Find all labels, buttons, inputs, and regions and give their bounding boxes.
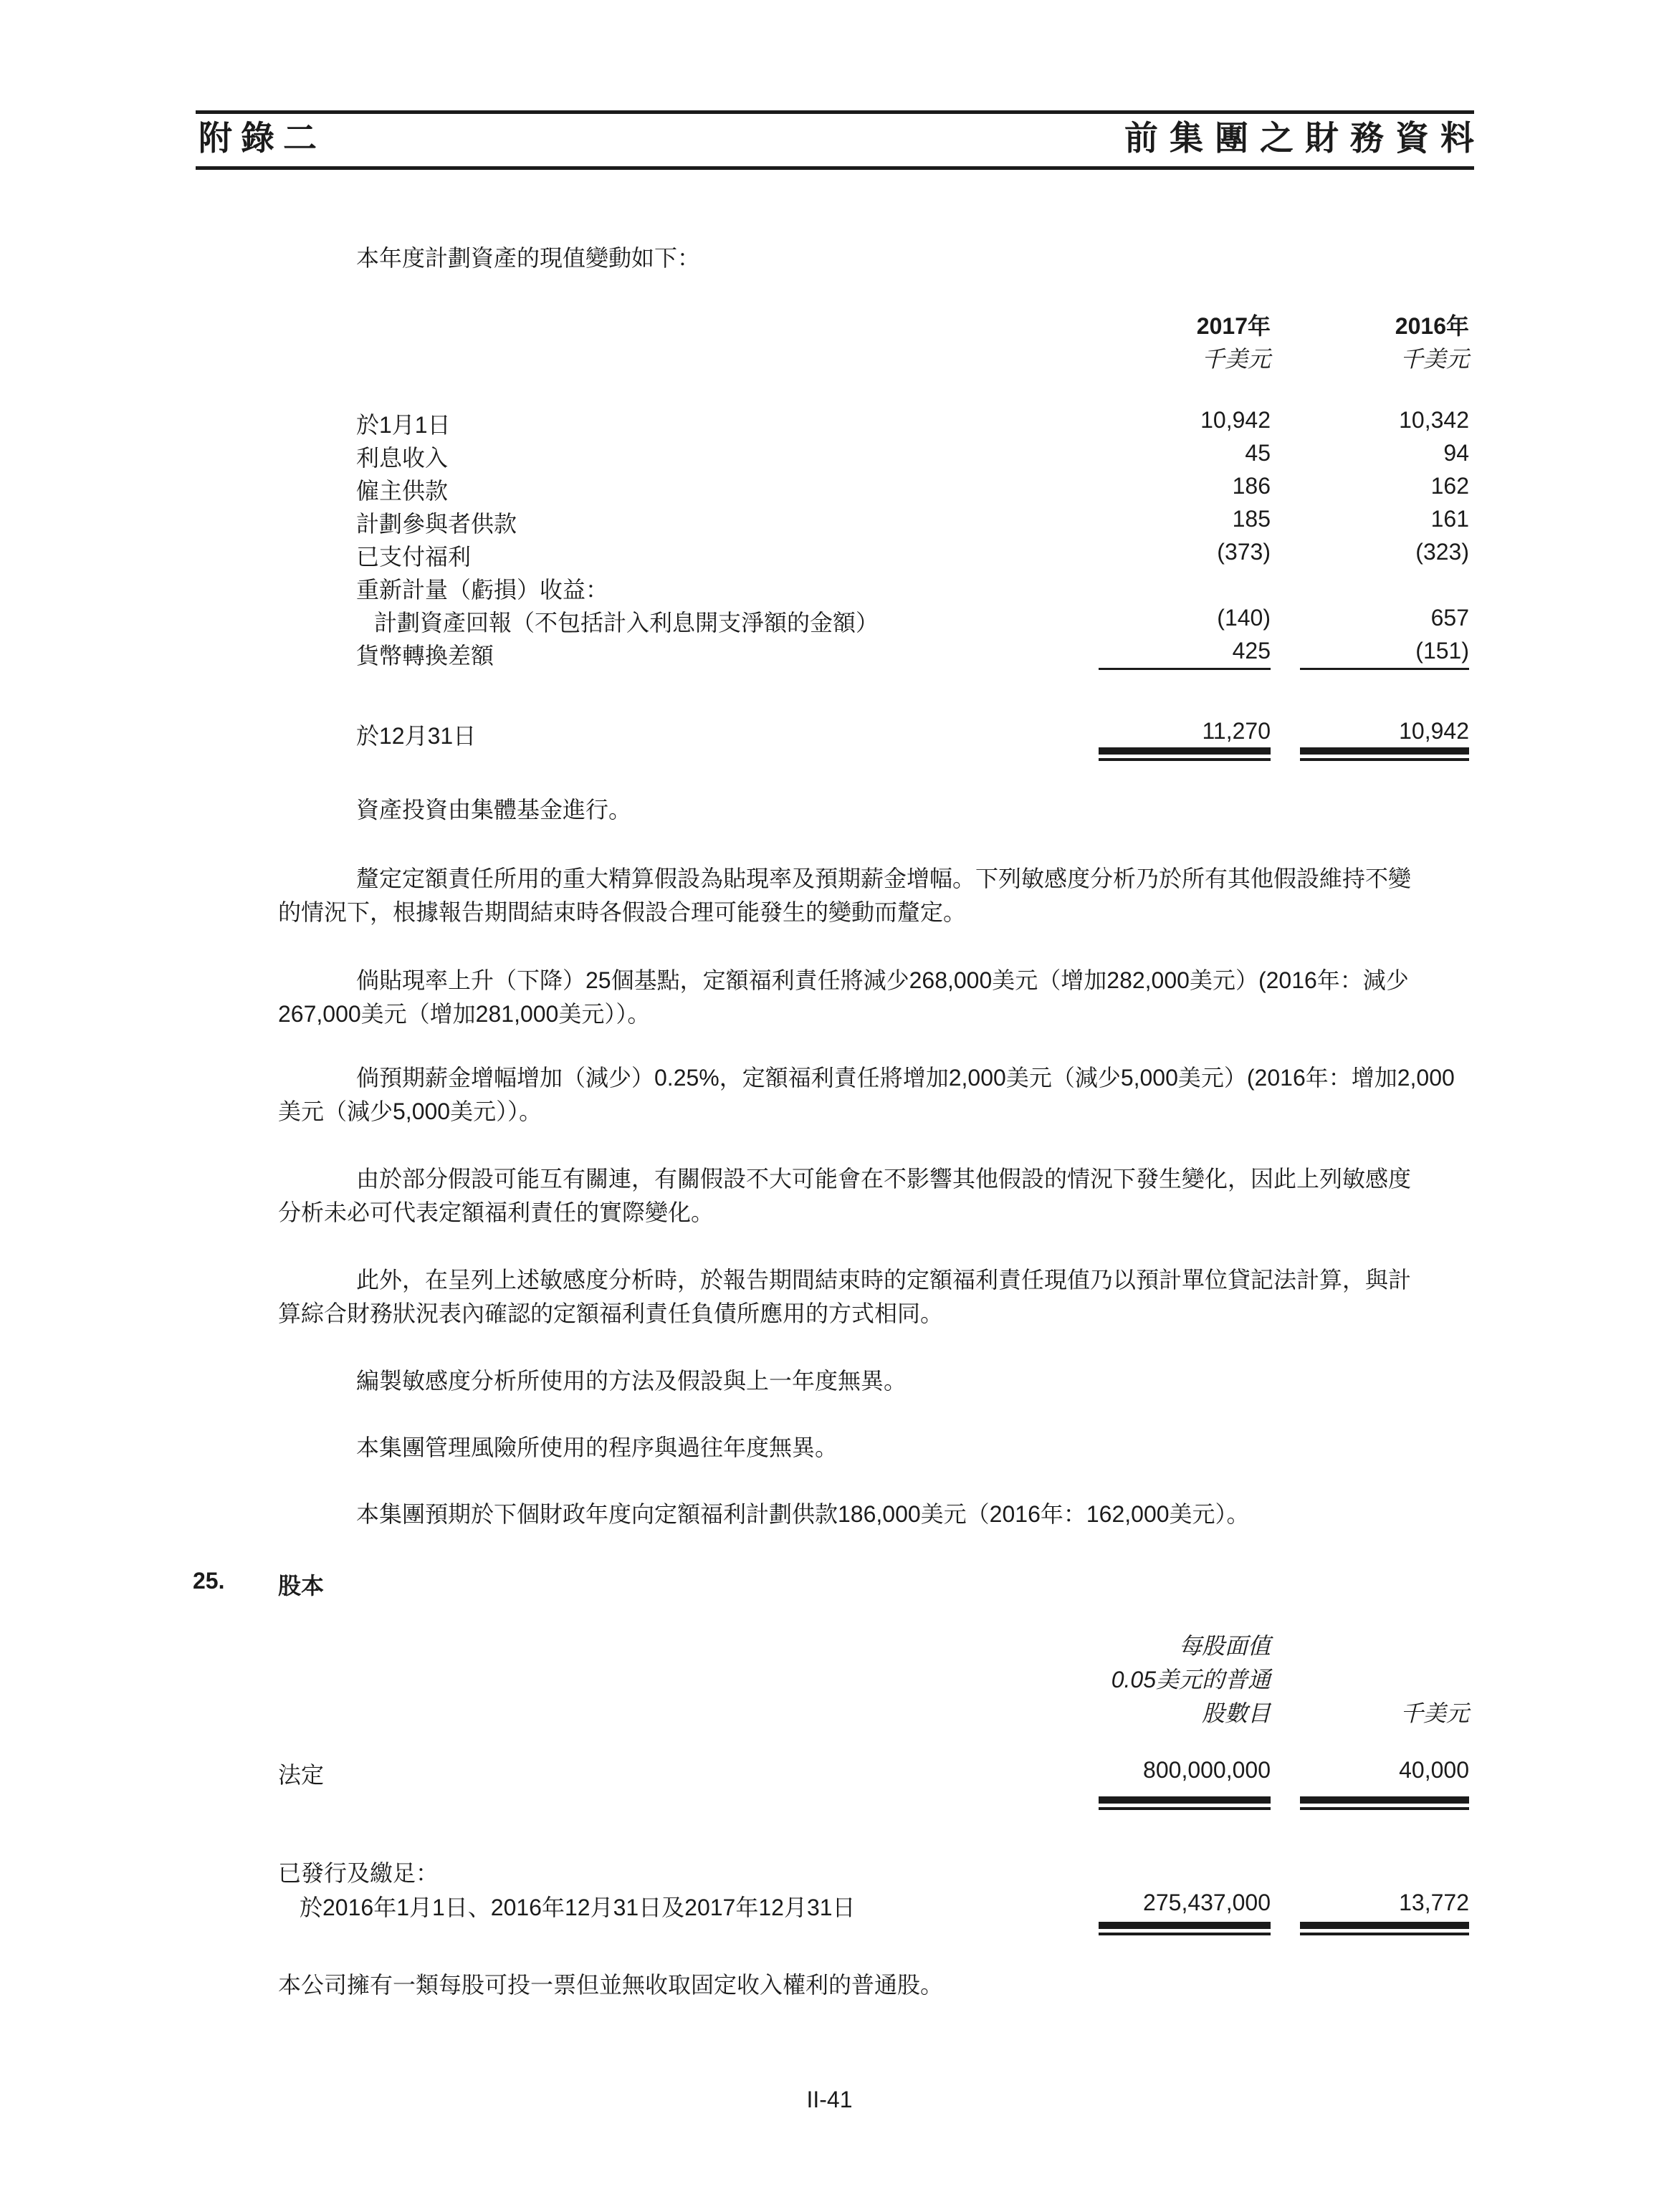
issued-heading-row: 已發行及繳足：: [0, 1855, 1659, 1888]
paragraph: 此外，在呈列上述敏感度分析時，於報告期間結束時的定額福利責任現值乃以預計單位貸記…: [278, 1262, 1474, 1329]
share-table-header-line: 每股面值: [0, 1628, 1659, 1661]
table-row: 於1月1日 10,942 10,342: [0, 407, 1659, 440]
paragraph: 倘貼現率上升（下降）25個基點，定額福利責任將減少268,000美元（增加282…: [278, 962, 1474, 1030]
value-2017: 425: [1233, 638, 1271, 664]
authorized-double-rule-thick-col1: [1099, 1796, 1271, 1804]
value-2016: 657: [1431, 605, 1469, 631]
row-label: 於2016年1月1日、2016年12月31日及2017年12月31日: [300, 1890, 856, 1923]
subtotal-rule-2017: [1099, 668, 1271, 670]
table-row: 計劃參與者供款 185 161: [0, 506, 1659, 539]
share-col1-header-line: 0.05美元的普通: [1111, 1662, 1271, 1695]
table-row: 僱主供款 186 162: [0, 473, 1659, 506]
value-2017: (140): [1217, 605, 1271, 631]
column-unit-2016: 千美元: [1400, 341, 1469, 374]
total-double-rule-thin-2017: [1099, 758, 1271, 761]
row-label: 於1月1日: [356, 407, 451, 440]
intro-text: 本年度計劃資產的現值變動如下：: [356, 244, 700, 272]
subtotal-rule-2016: [1300, 668, 1469, 670]
footer-page-number: II-41: [0, 2087, 1659, 2113]
table-row: 利息收入 45 94: [0, 440, 1659, 473]
paragraph-line: 算綜合財務狀況表內確認的定額福利責任負債所應用的方式相同。: [278, 1296, 1474, 1329]
authorized-row: 法定 800,000,000 40,000: [0, 1757, 1659, 1790]
header-bottom-rule: [196, 166, 1474, 170]
row-label: 僱主供款: [356, 473, 448, 506]
value-2016: (323): [1415, 539, 1469, 565]
share-col1-header-line: 每股面值: [1179, 1628, 1271, 1661]
issued-heading: 已發行及繳足：: [278, 1855, 439, 1888]
paragraph-line: 倘預期薪金增幅增加（減少）0.25%，定額福利責任將增加2,000美元（減少5,…: [278, 1060, 1474, 1093]
note-after-table: 資產投資由集體基金進行。: [356, 795, 631, 824]
share-col2-header: 千美元: [1400, 1695, 1469, 1728]
paragraph-line: 分析未必可代表定額福利責任的實際變化。: [278, 1194, 1474, 1228]
value-2017: 10,942: [1200, 407, 1271, 434]
paragraph-line: 由於部分假設可能互有關連，有關假設不大可能會在不影響其他假設的情況下發生變化，因…: [278, 1161, 1474, 1194]
table-row: 計劃資產回報（不包括計入利息開支淨額的金額） (140) 657: [0, 605, 1659, 638]
total-row-label: 於12月31日: [356, 718, 476, 751]
row-label: 已支付福利: [356, 539, 471, 572]
paragraph-line: 本集團管理風險所使用的程序與過往年度無異。: [278, 1430, 1474, 1463]
total-double-rule-thick-2016: [1300, 747, 1469, 755]
issued-amount: 13,772: [1399, 1890, 1469, 1916]
value-2017: (373): [1217, 539, 1271, 565]
authorized-double-rule-thin-col2: [1300, 1807, 1469, 1810]
header-left-title: 附錄二: [199, 120, 325, 157]
paragraph-line: 釐定定額責任所用的重大精算假設為貼現率及預期薪金增幅。下列敏感度分析乃於所有其他…: [278, 861, 1474, 894]
value-2016: 10,342: [1399, 407, 1469, 434]
table-row: 重新計量（虧損）收益：: [0, 572, 1659, 605]
issued-row: 於2016年1月1日、2016年12月31日及2017年12月31日 275,4…: [0, 1890, 1659, 1923]
page-header: 附錄二 前集團之財務資料: [199, 120, 1474, 160]
paragraph: 由於部分假設可能互有關連，有關假設不大可能會在不影響其他假設的情況下發生變化，因…: [278, 1161, 1474, 1228]
issued-double-rule-thick-col1: [1099, 1922, 1271, 1929]
issued-double-rule-thin-col1: [1099, 1933, 1271, 1935]
paragraph-line: 本集團預期於下個財政年度向定額福利計劃供款186,000美元（2016年：162…: [278, 1496, 1474, 1530]
authorized-amount: 40,000: [1399, 1757, 1469, 1784]
total-value-2016: 10,942: [1399, 718, 1469, 744]
section-number: 25.: [193, 1568, 224, 1594]
total-value-2017: 11,270: [1203, 718, 1271, 744]
closing-note: 本公司擁有一類每股可投一票但並無收取固定收入權利的普通股。: [278, 1971, 943, 1999]
paragraph-line: 267,000美元（增加281,000美元））。: [278, 996, 1474, 1030]
paragraph-line: 美元（減少5,000美元））。: [278, 1093, 1474, 1127]
row-label: 計劃資產回報（不包括計入利息開支淨額的金額）: [374, 605, 879, 638]
column-year-2017: 2017年: [1197, 308, 1271, 341]
authorized-double-rule-thick-col2: [1300, 1796, 1469, 1804]
value-2017: 186: [1233, 473, 1271, 499]
issued-double-rule-thick-col2: [1300, 1922, 1469, 1929]
paragraph-line: 此外，在呈列上述敏感度分析時，於報告期間結束時的定額福利責任現值乃以預計單位貸記…: [278, 1262, 1474, 1296]
column-year-2016: 2016年: [1395, 308, 1469, 341]
total-double-rule-thick-2017: [1099, 747, 1271, 755]
paragraph: 本集團管理風險所使用的程序與過往年度無異。: [278, 1430, 1474, 1463]
row-label: 利息收入: [356, 440, 448, 473]
value-2017: 45: [1245, 440, 1271, 466]
table-total-row: 於12月31日 11,270 10,942: [0, 718, 1659, 751]
value-2017: 185: [1233, 506, 1271, 532]
share-table-header-line: 0.05美元的普通: [0, 1662, 1659, 1695]
value-2016: 94: [1443, 440, 1469, 466]
share-table-header-line: 股數目 千美元: [0, 1695, 1659, 1728]
issued-shares: 275,437,000: [1143, 1890, 1271, 1916]
value-2016: (151): [1415, 638, 1469, 664]
total-double-rule-thin-2016: [1300, 758, 1469, 761]
document-page: 附錄二 前集團之財務資料 本年度計劃資產的現值變動如下： 2017年 2016年…: [0, 0, 1659, 2212]
table-column-units: 千美元 千美元: [0, 341, 1659, 374]
row-label: 法定: [278, 1757, 324, 1790]
paragraph: 倘預期薪金增幅增加（減少）0.25%，定額福利責任將增加2,000美元（減少5,…: [278, 1060, 1474, 1127]
section-title: 股本: [278, 1568, 324, 1601]
row-label: 計劃參與者供款: [356, 506, 517, 539]
table-row: 貨幣轉換差額 425 (151): [0, 638, 1659, 671]
value-2016: 161: [1431, 506, 1469, 532]
paragraph-line: 編製敏感度分析所使用的方法及假設與上一年度無異。: [278, 1363, 1474, 1397]
column-unit-2017: 千美元: [1202, 341, 1271, 374]
table-column-years: 2017年 2016年: [0, 308, 1659, 341]
table-row: 已支付福利 (373) (323): [0, 539, 1659, 572]
value-2016: 162: [1431, 473, 1469, 499]
paragraph: 釐定定額責任所用的重大精算假設為貼現率及預期薪金增幅。下列敏感度分析乃於所有其他…: [278, 861, 1474, 928]
paragraph: 本集團預期於下個財政年度向定額福利計劃供款186,000美元（2016年：162…: [278, 1496, 1474, 1530]
row-label: 重新計量（虧損）收益：: [356, 572, 608, 605]
authorized-shares: 800,000,000: [1143, 1757, 1271, 1784]
paragraph: 編製敏感度分析所使用的方法及假設與上一年度無異。: [278, 1363, 1474, 1397]
paragraph-line: 倘貼現率上升（下降）25個基點，定額福利責任將減少268,000美元（增加282…: [278, 962, 1474, 996]
authorized-double-rule-thin-col1: [1099, 1807, 1271, 1810]
header-right-title: 前集團之財務資料: [1124, 120, 1486, 157]
share-col1-header-line: 股數目: [1202, 1695, 1271, 1728]
paragraph-line: 的情況下，根據報告期間結束時各假設合理可能發生的變動而釐定。: [278, 894, 1474, 928]
issued-double-rule-thin-col2: [1300, 1933, 1469, 1935]
row-label: 貨幣轉換差額: [356, 638, 494, 671]
header-top-rule: [196, 110, 1474, 114]
